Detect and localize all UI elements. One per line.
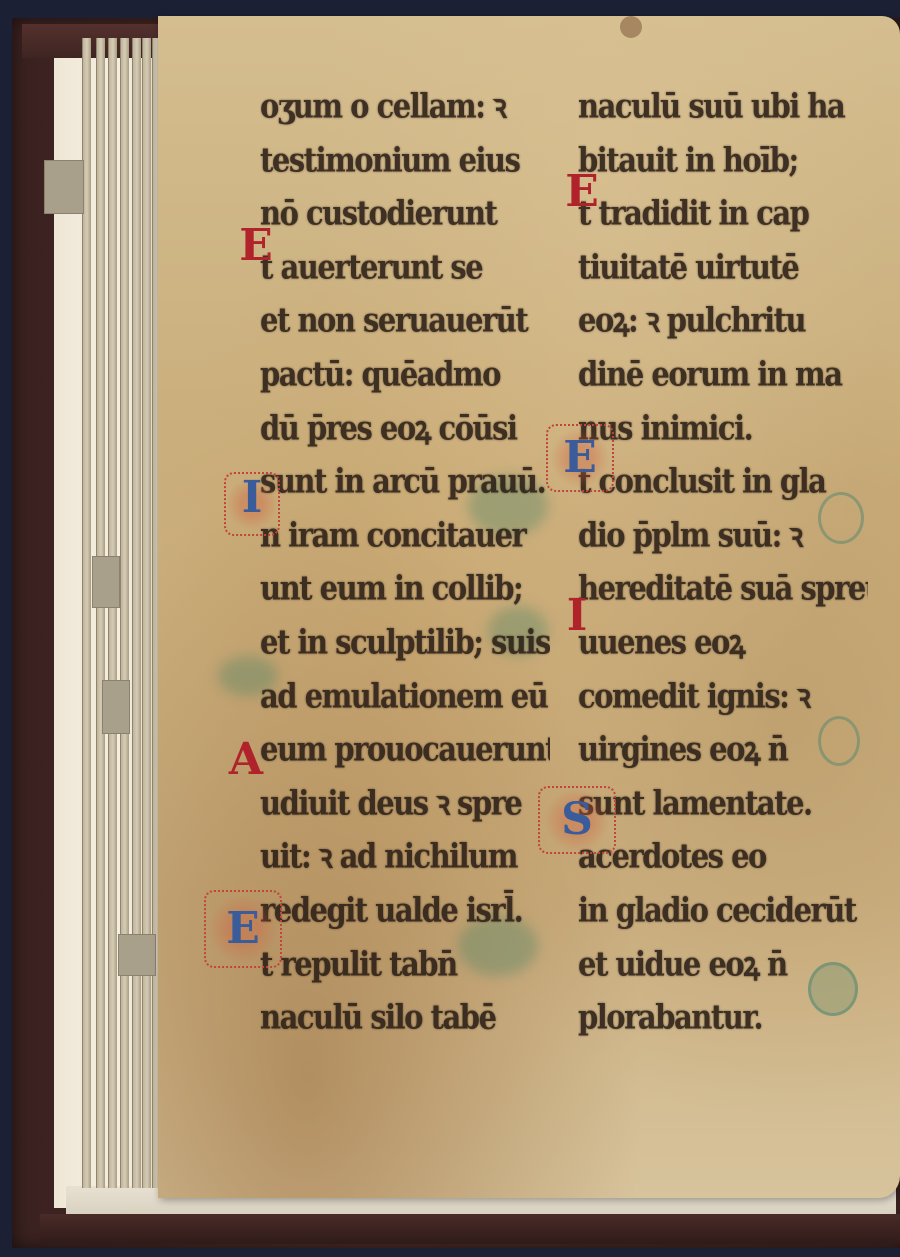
flourished-initial: E (208, 894, 278, 964)
flourished-initial: E (550, 428, 610, 488)
text-line: hereditatē suā spreu (578, 558, 868, 620)
text-line: oʒum o cellam: ꝛ (260, 76, 550, 138)
stain-spot (620, 16, 642, 38)
hinge-tab (92, 556, 120, 608)
text-line: et non seruauerūt (260, 290, 550, 352)
text-column-right: naculū suū ubi ha bitauit in hoīb; t tra… (578, 80, 868, 1045)
text-line: dū p̄res eoꝝ cōūsi (260, 398, 550, 460)
page-stub (132, 38, 141, 1188)
text-line: eoꝝ: ꝛ pulchritu (578, 290, 868, 352)
flourished-initial: S (542, 790, 612, 850)
page-stub (96, 38, 105, 1188)
text-line: dinē eorum in ma (578, 344, 868, 406)
text-line: ad emulationem eū (260, 666, 550, 728)
red-initial: I (562, 594, 592, 638)
text-line: unt eum in collib; (260, 558, 550, 620)
page-stub (142, 38, 151, 1188)
text-line: t repulit tabn̄ (260, 933, 550, 995)
text-column-left: oʒum o cellam: ꝛ testimonium eius nō cus… (260, 80, 550, 1045)
parchment-leaf: oʒum o cellam: ꝛ testimonium eius nō cus… (158, 16, 900, 1198)
text-line: sunt in arcū prauū. (260, 451, 550, 513)
text-line: bitauit in hoīb; (578, 130, 868, 192)
red-initial: A (224, 738, 268, 782)
text-line: in gladio ceciderūt (578, 880, 868, 942)
text-line: plorabantur. (578, 987, 868, 1049)
text-line: et in sculptilib; suis (260, 612, 550, 674)
text-line: t conclusit in gla (578, 451, 868, 513)
red-initial: E (236, 224, 276, 268)
text-line: naculū suū ubi ha (578, 76, 868, 138)
page-stubs (78, 38, 170, 1188)
text-line: t tradidit in cap (578, 183, 868, 245)
text-line: testimonium eius (260, 130, 550, 192)
page-stub (108, 38, 117, 1188)
hinge-tab (102, 680, 130, 734)
text-line: comedit ignis: ꝛ (578, 666, 868, 728)
hinge-tab (118, 934, 156, 976)
text-line: naculū silo tabē (260, 987, 550, 1049)
page-stub (120, 38, 129, 1188)
text-line: acerdotes eo (578, 826, 868, 888)
red-initial: E (560, 170, 604, 214)
text-line: uuenes eoꝝ (578, 612, 868, 674)
text-line: nus inimici. (578, 398, 868, 460)
text-line: nō custodierunt (260, 183, 550, 245)
text-line: pactū: quēadmo (260, 344, 550, 406)
frame-bottom-rail (40, 1214, 900, 1244)
hinge-tab (44, 160, 84, 214)
text-line: uirgines eoꝝ n̄ (578, 719, 868, 781)
flourished-initial: I (228, 476, 276, 532)
text-line: uit: ꝛ ad nichilum (260, 826, 550, 888)
text-line: eum prouocauerunt. (260, 719, 550, 781)
text-line: et uidue eoꝝ n̄ (578, 933, 868, 995)
text-line: redegit ualde isrl̄. (260, 880, 550, 942)
